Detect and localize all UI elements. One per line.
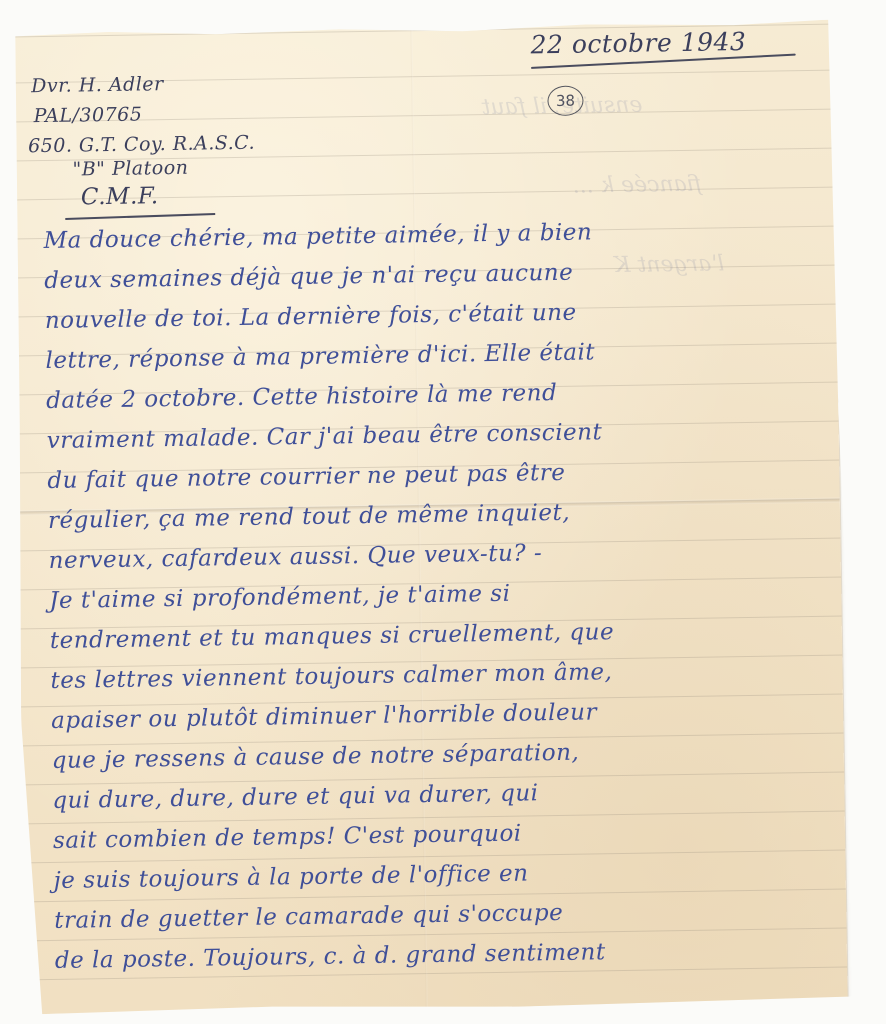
address-line-cmf: C.M.F. [81,182,159,211]
letter-date: 22 octobre 1943 [530,27,746,59]
bleed-through-text: l'argent K [614,251,725,278]
bleed-through-text: fiancée k ... [573,172,702,199]
letter-paper: ensuite, il faut fiancée k ... l'argent … [10,20,847,1015]
address-line-service-number: PAL/30765 [33,100,142,130]
address-line-name: Dvr. H. Adler [31,70,164,100]
scanned-letter: ensuite, il faut fiancée k ... l'argent … [0,0,886,1024]
address-line-platoon: "B" Platoon [72,154,188,184]
